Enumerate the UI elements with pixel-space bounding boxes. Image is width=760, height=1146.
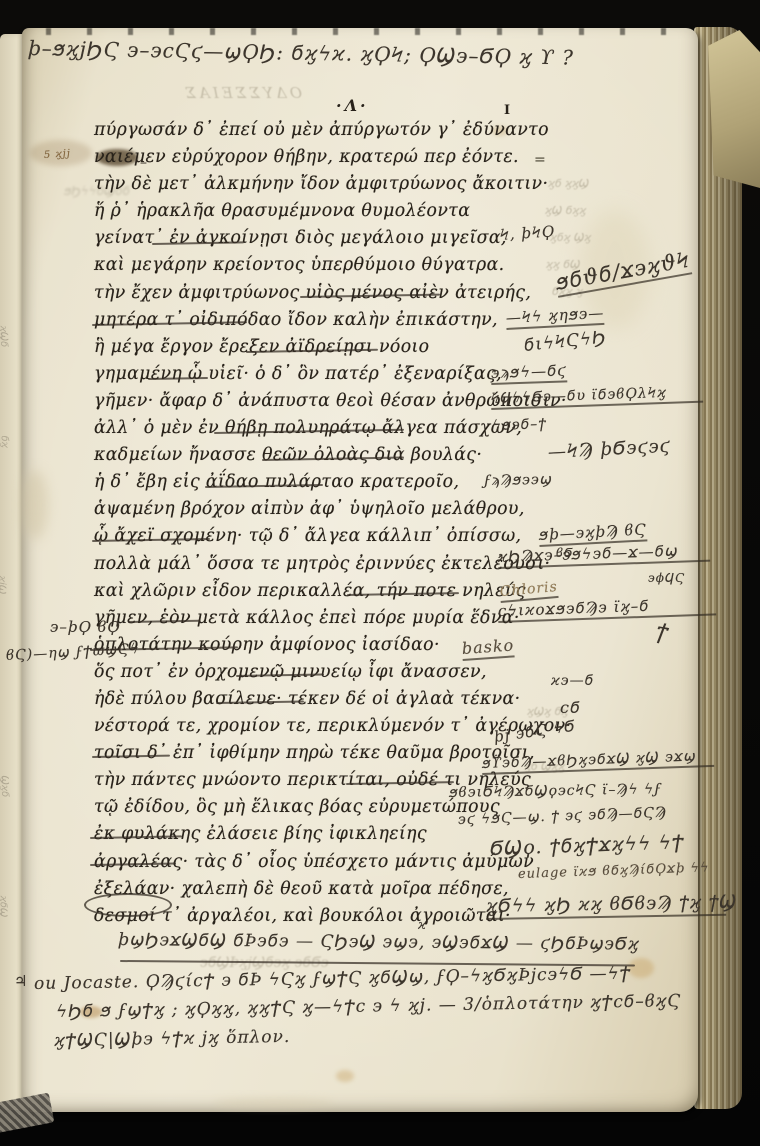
verse-line: γῆμεν, ἑὸν μετὰ κάλλος ἐπεὶ πόρε μυρία ἕ…	[94, 608, 594, 635]
verse-line: πολλὰ μάλ᾽ ὅσσα τε μητρὸς ἐριννύες ἐκτελ…	[94, 554, 594, 581]
verse-line: πύργωσάν δ᾽ ἐπεί οὐ μὲν ἀπύργωτόν γ᾽ ἐδύ…	[94, 120, 594, 147]
verse-line: καὶ μεγάρην κρείοντος ὑπερθύμοιο θύγατρα…	[94, 255, 594, 282]
verse-line: ἡ δ᾽ ἔβη εἰς ἀΐδαο πυλάρταο κρατεροῖο,	[94, 472, 594, 499]
verse-line: τὴν δὲ μετ᾽ ἀλκμήνην ἴδον ἀμφιτρύωνος ἄκ…	[94, 174, 594, 201]
verse-line: καὶ χλῶριν εἶδον περικαλλέα, τήν ποτε νη…	[94, 581, 594, 608]
verse-line: ὅς ποτ᾽ ἐν ὀρχομενῷ μινυείῳ ἶφι ἄνασσεν,	[94, 662, 594, 689]
deckle-edge	[22, 28, 698, 35]
signature-mark: Ι	[504, 103, 510, 118]
vellum-cover-corner	[706, 30, 760, 188]
verse-line: ἐκ φυλάκης ἐλάσειε βίης ἰφικληείης	[94, 824, 594, 851]
verse-line: ἀλλ᾽ ὁ μὲν ἐν θήβῃ πολυηράτῳ ἄλγεα πάσχω…	[94, 418, 594, 445]
verse-line: ἠδὲ πύλου βασίλευε· τέκεν δέ οἱ ἀγλαὰ τέ…	[94, 689, 594, 716]
verse-line: καδμείων ἤνασσε θεῶν ὀλοὰς διὰ βουλάς·	[94, 445, 594, 472]
verse-line: ᾧ ἄχεϊ σχομένη· τῷ δ᾽ ἄλγεα κάλλιπ᾽ ὀπίσ…	[94, 526, 594, 553]
printed-greek-verse: πύργωσάν δ᾽ ἐπεί οὐ μὲν ἀπύργωτόν γ᾽ ἐδύ…	[94, 120, 594, 933]
verse-line: γημαμένη ᾧ υἱεῖ· ὁ δ᾽ ὃν πατέρ᾽ ἐξεναρίξ…	[94, 364, 594, 391]
verse-line: ἐξελάαν· χαλεπὴ δὲ θεοῦ κατὰ μοῖρα πέδησ…	[94, 879, 594, 906]
verse-line: τὴν πάντες μνώοντο περικτίται, οὐδέ τι ν…	[94, 770, 594, 797]
verse-line: ἀργαλέας· τὰς δ᾽ οἶος ὑπέσχετο μάντις ἀμ…	[94, 852, 594, 879]
verse-line: ἁψαμένη βρόχον αἰπὺν ἀφ᾽ ὑψηλοῖο μελάθρο…	[94, 499, 594, 526]
fore-edge-page-block	[694, 27, 742, 1109]
verse-line: τὴν ἔχεν ἀμφιτρύωνος υἱὸς μένος αἰὲν ἀτε…	[94, 283, 594, 310]
verse-line: τοῖσι δ᾽ ἐπ᾽ ἰφθίμην πηρὼ τέκε θαῦμα βρο…	[94, 743, 594, 770]
verse-line: γῆμεν· ἄφαρ δ᾽ ἀνάπυστα θεοὶ θέσαν ἀνθρώ…	[94, 391, 594, 418]
verse-line: μητέρα τ᾽ οἰδιπόδαο ἴδον καλὴν ἐπικάστην…	[94, 310, 594, 337]
verse-line: δεσμοί τ᾽ ἀργαλέοι, καὶ βουκόλοι ἀγροιῶτ…	[94, 906, 594, 933]
verse-line: ἣ μέγα ἔργον ἔρεξεν ἀϊδρείῃσι νόοιο	[94, 337, 594, 364]
photograph-of-open-book: ΟΔΥΣΣΕΙΑΣϧϦϟϟϭϢϭϭϗϭ ϗϗϢϗϢ ϭϗϗϗϭϗ Ϣϗϗϗ ϭϢ…	[0, 0, 760, 1146]
verse-line: ἥ ῥ᾽ ἡρακλῆα θρασυμέμνονα θυμολέοντα	[94, 201, 594, 228]
verse-line: γείνατ᾽ ἐν ἀγκοίνῃσι διὸς μεγάλοιο μιγεῖ…	[94, 228, 594, 255]
verse-line: τῷ ἐδίδου, ὃς μὴ ἕλικας βόας εὐρυμετώπου…	[94, 797, 594, 824]
verse-line: νέστορά τε, χρομίον τε, περικλύμενόν τ᾽ …	[94, 716, 594, 743]
book-number-heading: ·Λ·	[336, 96, 369, 115]
verse-line: ναιέμεν εὐρύχορον θήβην, κρατερώ περ ἐόν…	[94, 147, 594, 174]
verse-line: ὁπλοτάτην κούρην ἀμφίονος ἰασίδαο·	[94, 635, 594, 662]
